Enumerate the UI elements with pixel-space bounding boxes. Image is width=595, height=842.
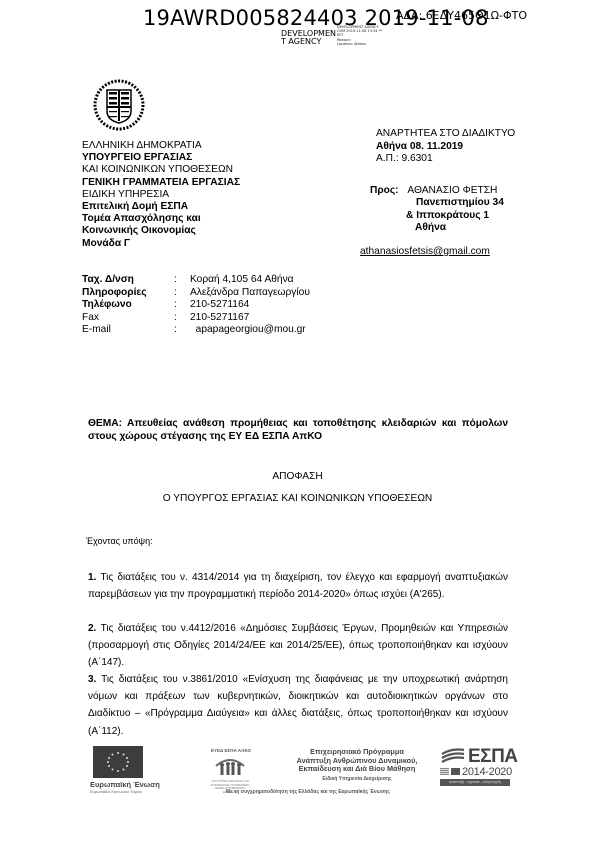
contact-label: Fax bbox=[82, 312, 174, 325]
recipient-name: ΑΘΑΝΑΣΙΟ ΦΕΤΣΗ bbox=[407, 185, 497, 196]
contact-value: 210-5271167 bbox=[190, 312, 249, 325]
authority-line: ΕΛΛΗΝΙΚΗ ΔΗΜΟΚΡΑΤΙΑ bbox=[82, 140, 240, 152]
recipient-address-line: Αθήνα bbox=[370, 222, 504, 234]
digital-signature-details: DEVELOPMENT AGENCY ΟΛΜ 2019.11.08 13:34 … bbox=[337, 25, 382, 46]
contact-separator: : bbox=[174, 287, 190, 300]
item-text: Τις διατάξεις του ν.4412/2016 «Δημόσιες … bbox=[88, 623, 508, 668]
eyed-label: ΕΥΕΔ ΕΣΠΑ ΑπΚΟ bbox=[211, 748, 251, 753]
item-text: Τις διατάξεις του ν.3861/2010 «Ενίσχυση … bbox=[88, 674, 508, 737]
signature-agency-label: DEVELOPMEN T AGENCY bbox=[281, 30, 336, 46]
espa-logo: ΕΣΠΑ 2014-2020 ανάπτυξη - εργασία - αλλη… bbox=[440, 746, 510, 792]
cofunding-notice: Με τη συγχρηματοδότηση της Ελλάδας και τ… bbox=[178, 789, 438, 795]
document-date: Αθήνα 08. 11.2019 bbox=[376, 141, 515, 154]
contact-value: 210-5271164 bbox=[190, 299, 249, 312]
issuing-authority-block: ΕΛΛΗΝΙΚΗ ΔΗΜΟΚΡΑΤΙΑ ΥΠΟΥΡΓΕΙΟ ΕΡΓΑΣΙΑΣ Κ… bbox=[82, 140, 240, 250]
contact-row-address: Ταχ. Δ/νση : Κοραή 4,105 64 Αθήνα bbox=[82, 274, 310, 287]
contact-label: E-mail bbox=[82, 324, 174, 337]
subject-text: Απευθείας ανάθεση προμήθειας και τοποθέτ… bbox=[88, 418, 508, 442]
ada-code: ΑΔΑ: 6ΞΔΥ465Θ1Ω-ΦΤΟ bbox=[396, 9, 527, 22]
authority-line: Επιτελική Δομή ΕΣΠΑ bbox=[82, 201, 240, 213]
contact-email-link[interactable]: apapageorgiou@mou.gr bbox=[190, 324, 306, 337]
contact-separator: : bbox=[174, 299, 190, 312]
authority-line: ΓΕΝΙΚΗ ΓΡΑΜΜΑΤΕΙΑ ΕΡΓΑΣΙΑΣ bbox=[82, 177, 240, 189]
contact-label: Πληροφορίες bbox=[82, 287, 174, 300]
greek-eu-flags-icon bbox=[440, 768, 460, 775]
contact-details: Ταχ. Δ/νση : Κοραή 4,105 64 Αθήνα Πληροφ… bbox=[82, 274, 310, 337]
agency-line: T AGENCY bbox=[281, 38, 336, 46]
recipient-email-link[interactable]: athanasiosfetsis@gmail.com bbox=[360, 246, 490, 257]
protocol-number: Α.Π.: 9.6301 bbox=[376, 153, 515, 166]
contact-row-fax: Fax : 210-5271167 bbox=[82, 312, 310, 325]
subject-label: ΘΕΜΑ: bbox=[88, 418, 122, 429]
authority-line: Τομέα Απασχόλησης και bbox=[82, 213, 240, 225]
contact-separator: : bbox=[174, 312, 190, 325]
operational-programme-title: Επιχειρησιακό Πρόγραμμα Ανάπτυξη Ανθρώπι… bbox=[276, 748, 438, 774]
recipient-address-line: & Ιπποκράτους 1 bbox=[370, 210, 504, 222]
contact-value: Κοραή 4,105 64 Αθήνα bbox=[190, 274, 294, 287]
managing-authority-label: Ειδική Υπηρεσία Διαχείρισης bbox=[276, 776, 438, 782]
authority-line: Κοινωνικής Οικονομίας bbox=[82, 225, 240, 237]
espa-word: ΕΣΠΑ bbox=[468, 746, 518, 768]
contact-label: Ταχ. Δ/νση bbox=[82, 274, 174, 287]
decision-issuer: Ο ΥΠΟΥΡΓΟΣ ΕΡΓΑΣΙΑΣ ΚΑΙ ΚΟΙΝΩΝΙΚΩΝ ΥΠΟΘΕ… bbox=[0, 493, 595, 504]
authority-line: Μονάδα Γ bbox=[82, 238, 240, 250]
legal-basis-item: 3. Τις διατάξεις του ν.3861/2010 «Ενίσχυ… bbox=[88, 671, 508, 740]
contact-separator: : bbox=[174, 324, 190, 337]
authority-line: ΥΠΟΥΡΓΕΙΟ ΕΡΓΑΣΙΑΣ bbox=[82, 152, 240, 164]
recipient-name-line: Προς: ΑΘΑΝΑΣΙΟ ΦΕΤΣΗ bbox=[370, 185, 504, 197]
espa-waves-icon bbox=[440, 748, 466, 766]
item-number: 2. bbox=[88, 623, 96, 634]
to-label: Προς: bbox=[370, 185, 399, 196]
eyed-people-icon bbox=[213, 756, 247, 778]
signature-line: Location: Athens bbox=[337, 42, 382, 46]
item-text: Τις διατάξεις του ν. 4314/2014 για τη δι… bbox=[88, 572, 508, 600]
contact-separator: : bbox=[174, 274, 190, 287]
item-number: 1. bbox=[88, 572, 96, 583]
post-online-notice: ΑΝΑΡΤΗΤΕΑ ΣΤΟ ΔΙΑΔΙΚΤΥΟ bbox=[376, 128, 515, 141]
legal-basis-item: 1. Τις διατάξεις του ν. 4314/2014 για τη… bbox=[88, 569, 508, 603]
op-line: Εκπαίδευση και Διά Βίου Μάθηση bbox=[276, 765, 438, 774]
contact-label: Τηλέφωνο bbox=[82, 299, 174, 312]
eu-label: Ευρωπαϊκή Ένωση bbox=[90, 780, 160, 789]
espa-slogan: ανάπτυξη - εργασία - αλληλεγγύη bbox=[440, 779, 510, 786]
authority-line: ΚΑΙ ΚΟΙΝΩΝΙΚΩΝ ΥΠΟΘΕΣΕΩΝ bbox=[82, 164, 240, 176]
subject-line: ΘΕΜΑ: Απευθείας ανάθεση προμήθειας και τ… bbox=[88, 418, 508, 443]
contact-row-email: E-mail : apapageorgiou@mou.gr bbox=[82, 324, 310, 337]
recipient-block: Προς: ΑΘΑΝΑΣΙΟ ΦΕΤΣΗ Πανεπιστημίου 34 & … bbox=[370, 185, 504, 234]
document-meta: ΑΝΑΡΤΗΤΕΑ ΣΤΟ ΔΙΑΔΙΚΤΥΟ Αθήνα 08. 11.201… bbox=[376, 128, 515, 166]
footer-logos: Ευρωπαϊκή Ένωση Ευρωπαϊκό Κοινωνικό Ταμε… bbox=[90, 746, 535, 816]
esf-label: Ευρωπαϊκό Κοινωνικό Ταμείο bbox=[90, 789, 142, 794]
eu-flag-icon bbox=[93, 746, 143, 778]
recipient-address-line: Πανεπιστημίου 34 bbox=[370, 197, 504, 209]
contact-value: Αλεξάνδρα Παπαγεωργίου bbox=[190, 287, 310, 300]
item-number: 3. bbox=[88, 674, 96, 685]
legal-basis-item: 2. Τις διατάξεις του ν.4412/2016 «Δημόσι… bbox=[88, 620, 508, 672]
espa-years: 2014-2020 bbox=[462, 766, 512, 778]
contact-row-info: Πληροφορίες : Αλεξάνδρα Παπαγεωργίου bbox=[82, 287, 310, 300]
contact-row-phone: Τηλέφωνο : 210-5271164 bbox=[82, 299, 310, 312]
authority-line: ΕΙΔΙΚΗ ΥΠΗΡΕΣΙΑ bbox=[82, 189, 240, 201]
hellenic-republic-coat-of-arms-icon bbox=[92, 78, 146, 132]
considering-label: Έχοντας υπόψη: bbox=[86, 536, 153, 546]
decision-title: ΑΠΟΦΑΣΗ bbox=[0, 471, 595, 482]
